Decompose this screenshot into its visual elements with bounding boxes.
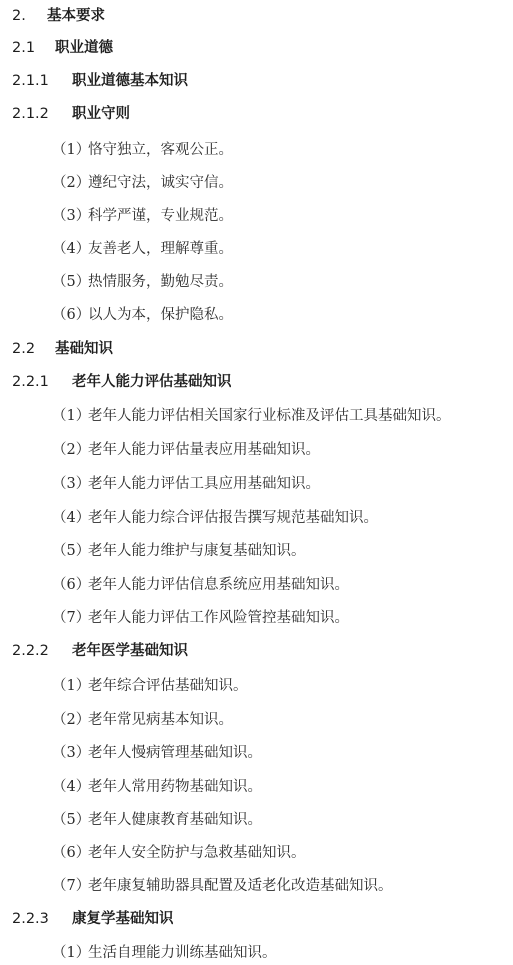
list-item: （3）老年人能力评估工具应用基础知识。 bbox=[52, 472, 320, 496]
section-title: 职业道德 bbox=[55, 40, 113, 56]
section-number: 2.2.1 bbox=[12, 370, 72, 394]
section-number: 2. bbox=[12, 4, 47, 28]
item-number: （3） bbox=[52, 472, 88, 496]
section-number: 2.2.3 bbox=[12, 907, 72, 931]
item-number: （6） bbox=[52, 303, 88, 327]
item-number: （5） bbox=[52, 270, 88, 294]
item-number: （7） bbox=[52, 606, 88, 630]
list-item: （1）老年综合评估基础知识。 bbox=[52, 674, 248, 698]
item-text: 老年人能力评估信息系统应用基础知识。 bbox=[88, 577, 349, 593]
section-title: 基本要求 bbox=[47, 8, 105, 24]
item-number: （2） bbox=[52, 438, 88, 462]
list-item: （1）恪守独立，客观公正。 bbox=[52, 138, 233, 162]
section-heading-2-1-1: 2.1.1职业道德基本知识 bbox=[12, 69, 188, 93]
section-heading-2-2: 2.2基础知识 bbox=[12, 337, 113, 361]
section-number: 2.1 bbox=[12, 36, 55, 60]
item-text: 恪守独立，客观公正。 bbox=[88, 142, 233, 158]
list-item: （7）老年人能力评估工作风险管控基础知识。 bbox=[52, 606, 349, 630]
item-text: 生活自理能力训练基础知识。 bbox=[88, 945, 277, 961]
list-item: （2）老年人能力评估量表应用基础知识。 bbox=[52, 438, 320, 462]
list-item: （4）友善老人，理解尊重。 bbox=[52, 237, 233, 261]
list-item: （4）老年人能力综合评估报告撰写规范基础知识。 bbox=[52, 506, 378, 530]
item-text: 老年人慢病管理基础知识。 bbox=[88, 745, 262, 761]
item-number: （1） bbox=[52, 941, 88, 965]
list-item: （7）老年康复辅助器具配置及适老化改造基础知识。 bbox=[52, 874, 393, 898]
item-text: 老年人能力评估工作风险管控基础知识。 bbox=[88, 610, 349, 626]
item-text: 以人为本，保护隐私。 bbox=[88, 307, 233, 323]
list-item: （6）老年人安全防护与急救基础知识。 bbox=[52, 841, 306, 865]
item-text: 老年人能力评估量表应用基础知识。 bbox=[88, 442, 320, 458]
list-item: （5）热情服务，勤勉尽责。 bbox=[52, 270, 233, 294]
item-number: （4） bbox=[52, 237, 88, 261]
item-number: （4） bbox=[52, 775, 88, 799]
list-item: （5）老年人健康教育基础知识。 bbox=[52, 808, 262, 832]
item-text: 老年人能力评估工具应用基础知识。 bbox=[88, 476, 320, 492]
section-heading-2-1: 2.1职业道德 bbox=[12, 36, 113, 60]
item-number: （5） bbox=[52, 808, 88, 832]
item-text: 老年康复辅助器具配置及适老化改造基础知识。 bbox=[88, 878, 393, 894]
item-number: （4） bbox=[52, 506, 88, 530]
list-item: （6）老年人能力评估信息系统应用基础知识。 bbox=[52, 573, 349, 597]
item-text: 科学严谨，专业规范。 bbox=[88, 208, 233, 224]
list-item: （3）科学严谨，专业规范。 bbox=[52, 204, 233, 228]
section-number: 2.2.2 bbox=[12, 639, 72, 663]
list-item: （1）老年人能力评估相关国家行业标准及评估工具基础知识。 bbox=[52, 404, 451, 428]
section-number: 2.1.2 bbox=[12, 102, 72, 126]
item-text: 老年人健康教育基础知识。 bbox=[88, 812, 262, 828]
item-text: 老年人能力评估相关国家行业标准及评估工具基础知识。 bbox=[88, 408, 451, 424]
item-text: 老年人安全防护与急救基础知识。 bbox=[88, 845, 306, 861]
item-text: 老年人能力维护与康复基础知识。 bbox=[88, 543, 306, 559]
item-number: （7） bbox=[52, 874, 88, 898]
item-number: （6） bbox=[52, 573, 88, 597]
list-item: （1）生活自理能力训练基础知识。 bbox=[52, 941, 277, 965]
section-number: 2.1.1 bbox=[12, 69, 72, 93]
section-title: 职业守则 bbox=[72, 106, 130, 122]
item-text: 老年常见病基本知识。 bbox=[88, 712, 233, 728]
item-text: 老年人常用药物基础知识。 bbox=[88, 779, 262, 795]
item-number: （3） bbox=[52, 204, 88, 228]
section-number: 2.2 bbox=[12, 337, 55, 361]
item-number: （2） bbox=[52, 171, 88, 195]
section-heading-2-1-2: 2.1.2职业守则 bbox=[12, 102, 130, 126]
list-item: （6）以人为本，保护隐私。 bbox=[52, 303, 233, 327]
item-text: 热情服务，勤勉尽责。 bbox=[88, 274, 233, 290]
item-number: （2） bbox=[52, 708, 88, 732]
item-number: （5） bbox=[52, 539, 88, 563]
item-number: （3） bbox=[52, 741, 88, 765]
section-heading-2-2-2: 2.2.2老年医学基础知识 bbox=[12, 639, 188, 663]
item-text: 老年人能力综合评估报告撰写规范基础知识。 bbox=[88, 510, 378, 526]
section-heading-2: 2.基本要求 bbox=[12, 4, 105, 28]
section-heading-2-2-3: 2.2.3康复学基础知识 bbox=[12, 907, 174, 931]
item-text: 遵纪守法，诚实守信。 bbox=[88, 175, 233, 191]
item-text: 老年综合评估基础知识。 bbox=[88, 678, 248, 694]
item-number: （1） bbox=[52, 674, 88, 698]
list-item: （5）老年人能力维护与康复基础知识。 bbox=[52, 539, 306, 563]
list-item: （4）老年人常用药物基础知识。 bbox=[52, 775, 262, 799]
section-title: 康复学基础知识 bbox=[72, 911, 174, 927]
list-item: （2）遵纪守法，诚实守信。 bbox=[52, 171, 233, 195]
item-number: （6） bbox=[52, 841, 88, 865]
item-number: （1） bbox=[52, 404, 88, 428]
list-item: （2）老年常见病基本知识。 bbox=[52, 708, 233, 732]
item-number: （1） bbox=[52, 138, 88, 162]
list-item: （3）老年人慢病管理基础知识。 bbox=[52, 741, 262, 765]
section-title: 老年医学基础知识 bbox=[72, 643, 188, 659]
section-title: 职业道德基本知识 bbox=[72, 73, 188, 89]
section-title: 老年人能力评估基础知识 bbox=[72, 374, 232, 390]
section-title: 基础知识 bbox=[55, 341, 113, 357]
item-text: 友善老人，理解尊重。 bbox=[88, 241, 233, 257]
section-heading-2-2-1: 2.2.1老年人能力评估基础知识 bbox=[12, 370, 232, 394]
